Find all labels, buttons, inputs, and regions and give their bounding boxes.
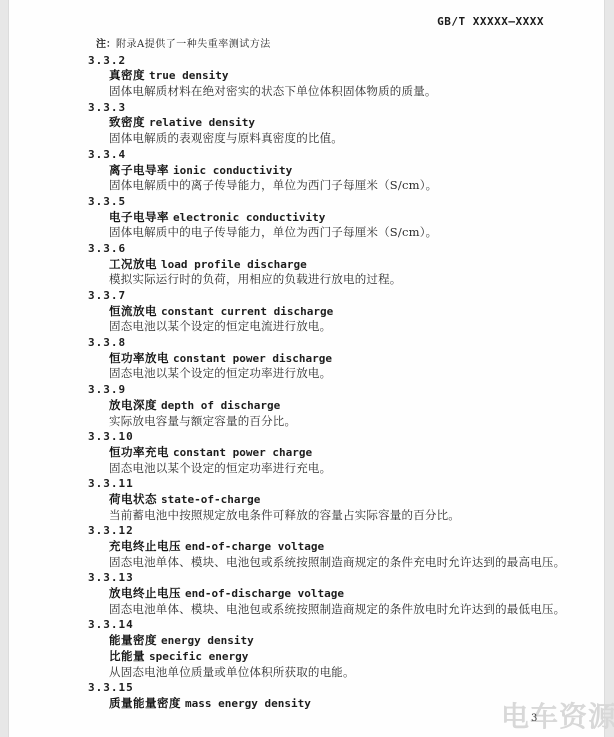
term-chinese: 充电终止电压 (109, 539, 181, 553)
watermark-text: 电车资源 (501, 695, 614, 735)
term-english: electronic conductivity (173, 211, 325, 224)
term-chinese: 比能量 (109, 649, 145, 663)
term-english: depth of discharge (161, 399, 280, 412)
term-chinese: 放电终止电压 (109, 586, 181, 600)
term-definition: 实际放电容量与额定容量的百分比。 (109, 414, 604, 430)
term-definition: 固态电池单体、模块、电池包或系统按照制造商规定的条件充电时允许达到的最高电压。 (109, 555, 604, 571)
term-line: 恒功率充电constant power charge (109, 445, 604, 461)
note-text: 附录A提供了一种失重率测试方法 (116, 39, 271, 50)
term-chinese: 恒功率放电 (109, 351, 169, 365)
term-definition: 固体电解质材料在绝对密实的状态下单位体积固体物质的质量。 (109, 84, 604, 100)
term-definition: 模拟实际运行时的负荷，用相应的负载进行放电的过程。 (109, 272, 604, 288)
term-english: specific energy (149, 650, 248, 663)
section-number: 3.3.7 (88, 288, 604, 304)
term-english: constant current discharge (161, 305, 333, 318)
term-line: 电子电导率electronic conductivity (109, 210, 604, 226)
screenshot-root: { "doc": { "header": "GB/T XXXXX—XXXX", … (0, 0, 614, 737)
term-definition: 固态电池单体、模块、电池包或系统按照制造商规定的条件放电时允许达到的最低电压。 (109, 602, 604, 618)
term-chinese: 致密度 (109, 115, 145, 129)
term-line: 离子电导率ionic conductivity (109, 163, 604, 179)
standard-number-header: GB/T XXXXX—XXXX (437, 15, 544, 28)
section-number: 3.3.11 (88, 476, 604, 492)
section-number: 3.3.8 (88, 335, 604, 351)
document-body: 注：附录A提供了一种失重率测试方法 3.3.2 真密度true density … (9, 37, 604, 712)
term-section: 3.3.5 电子电导率electronic conductivity 固体电解质… (9, 194, 604, 241)
term-chinese: 真密度 (109, 68, 145, 82)
section-number: 3.3.4 (88, 147, 604, 163)
term-chinese: 恒功率充电 (109, 445, 169, 459)
term-line: 恒流放电constant current discharge (109, 304, 604, 320)
term-english: constant power charge (173, 446, 312, 459)
term-line: 荷电状态state-of-charge (109, 492, 604, 508)
term-english: relative density (149, 116, 255, 129)
note-label: 注： (96, 39, 116, 50)
terms-sections: 3.3.2 真密度true density 固体电解质材料在绝对密实的状态下单位… (9, 53, 604, 712)
note-line: 注：附录A提供了一种失重率测试方法 (96, 37, 604, 53)
term-section: 3.3.10 恒功率充电constant power charge 固态电池以某… (9, 429, 604, 476)
term-section: 3.3.8 恒功率放电constant power discharge 固态电池… (9, 335, 604, 382)
term-definition: 从固态电池单位质量或单位体积所获取的电能。 (109, 665, 604, 681)
term-line: 致密度relative density (109, 115, 604, 131)
term-english: end-of-discharge voltage (185, 587, 344, 600)
term-chinese: 质量能量密度 (109, 696, 181, 710)
page-number: 3 (531, 713, 537, 724)
section-number: 3.3.10 (88, 429, 604, 445)
term-line: 工况放电load profile discharge (109, 257, 604, 273)
term-section: 3.3.2 真密度true density 固体电解质材料在绝对密实的状态下单位… (9, 53, 604, 100)
section-number: 3.3.12 (88, 523, 604, 539)
term-definition: 固态电池以某个设定的恒定电流进行放电。 (109, 319, 604, 335)
section-number: 3.3.15 (88, 680, 604, 696)
term-chinese: 能量密度 (109, 633, 157, 647)
term-definition: 固体电解质中的电子传导能力，单位为西门子每厘米（S/cm）。 (109, 225, 604, 241)
section-number: 3.3.9 (88, 382, 604, 398)
term-english: end-of-charge voltage (185, 540, 324, 553)
section-number: 3.3.14 (88, 617, 604, 633)
term-section: 3.3.3 致密度relative density 固体电解质的表观密度与原料真… (9, 100, 604, 147)
section-number: 3.3.13 (88, 570, 604, 586)
term-chinese: 荷电状态 (109, 492, 157, 506)
term-line: 真密度true density (109, 68, 604, 84)
term-definition: 固态电池以某个设定的恒定功率进行放电。 (109, 366, 604, 382)
term-english: true density (149, 69, 228, 82)
term-english: ionic conductivity (173, 164, 292, 177)
term-chinese: 工况放电 (109, 257, 157, 271)
term-section: 3.3.7 恒流放电constant current discharge 固态电… (9, 288, 604, 335)
term-definition: 固体电解质的表观密度与原料真密度的比值。 (109, 131, 604, 147)
term-line: 比能量specific energy (109, 649, 604, 665)
term-definition: 固态电池以某个设定的恒定功率进行充电。 (109, 461, 604, 477)
term-line: 恒功率放电constant power discharge (109, 351, 604, 367)
term-chinese: 恒流放电 (109, 304, 157, 318)
term-line: 放电终止电压end-of-discharge voltage (109, 586, 604, 602)
section-number: 3.3.3 (88, 100, 604, 116)
term-line: 充电终止电压end-of-charge voltage (109, 539, 604, 555)
term-section: 3.3.14 能量密度energy density 比能量specific en… (9, 617, 604, 680)
term-english: energy density (161, 634, 254, 647)
document-page: GB/T XXXXX—XXXX 注：附录A提供了一种失重率测试方法 3.3.2 … (8, 0, 605, 737)
term-english: state-of-charge (161, 493, 260, 506)
term-section: 3.3.11 荷电状态state-of-charge 当前蓄电池中按照规定放电条… (9, 476, 604, 523)
term-english: constant power discharge (173, 352, 332, 365)
section-number: 3.3.6 (88, 241, 604, 257)
term-chinese: 电子电导率 (109, 210, 169, 224)
term-definition: 固体电解质中的离子传导能力，单位为西门子每厘米（S/cm）。 (109, 178, 604, 194)
term-chinese: 放电深度 (109, 398, 157, 412)
term-chinese: 离子电导率 (109, 163, 169, 177)
term-section: 3.3.4 离子电导率ionic conductivity 固体电解质中的离子传… (9, 147, 604, 194)
section-number: 3.3.5 (88, 194, 604, 210)
term-definition: 当前蓄电池中按照规定放电条件可释放的容量占实际容量的百分比。 (109, 508, 604, 524)
term-english: mass energy density (185, 697, 311, 710)
term-section: 3.3.6 工况放电load profile discharge 模拟实际运行时… (9, 241, 604, 288)
term-english: load profile discharge (161, 258, 307, 271)
term-section: 3.3.13 放电终止电压end-of-discharge voltage 固态… (9, 570, 604, 617)
term-section: 3.3.9 放电深度depth of discharge 实际放电容量与额定容量… (9, 382, 604, 429)
section-number: 3.3.2 (88, 53, 604, 69)
term-line: 能量密度energy density (109, 633, 604, 649)
term-line: 放电深度depth of discharge (109, 398, 604, 414)
term-section: 3.3.12 充电终止电压end-of-charge voltage 固态电池单… (9, 523, 604, 570)
